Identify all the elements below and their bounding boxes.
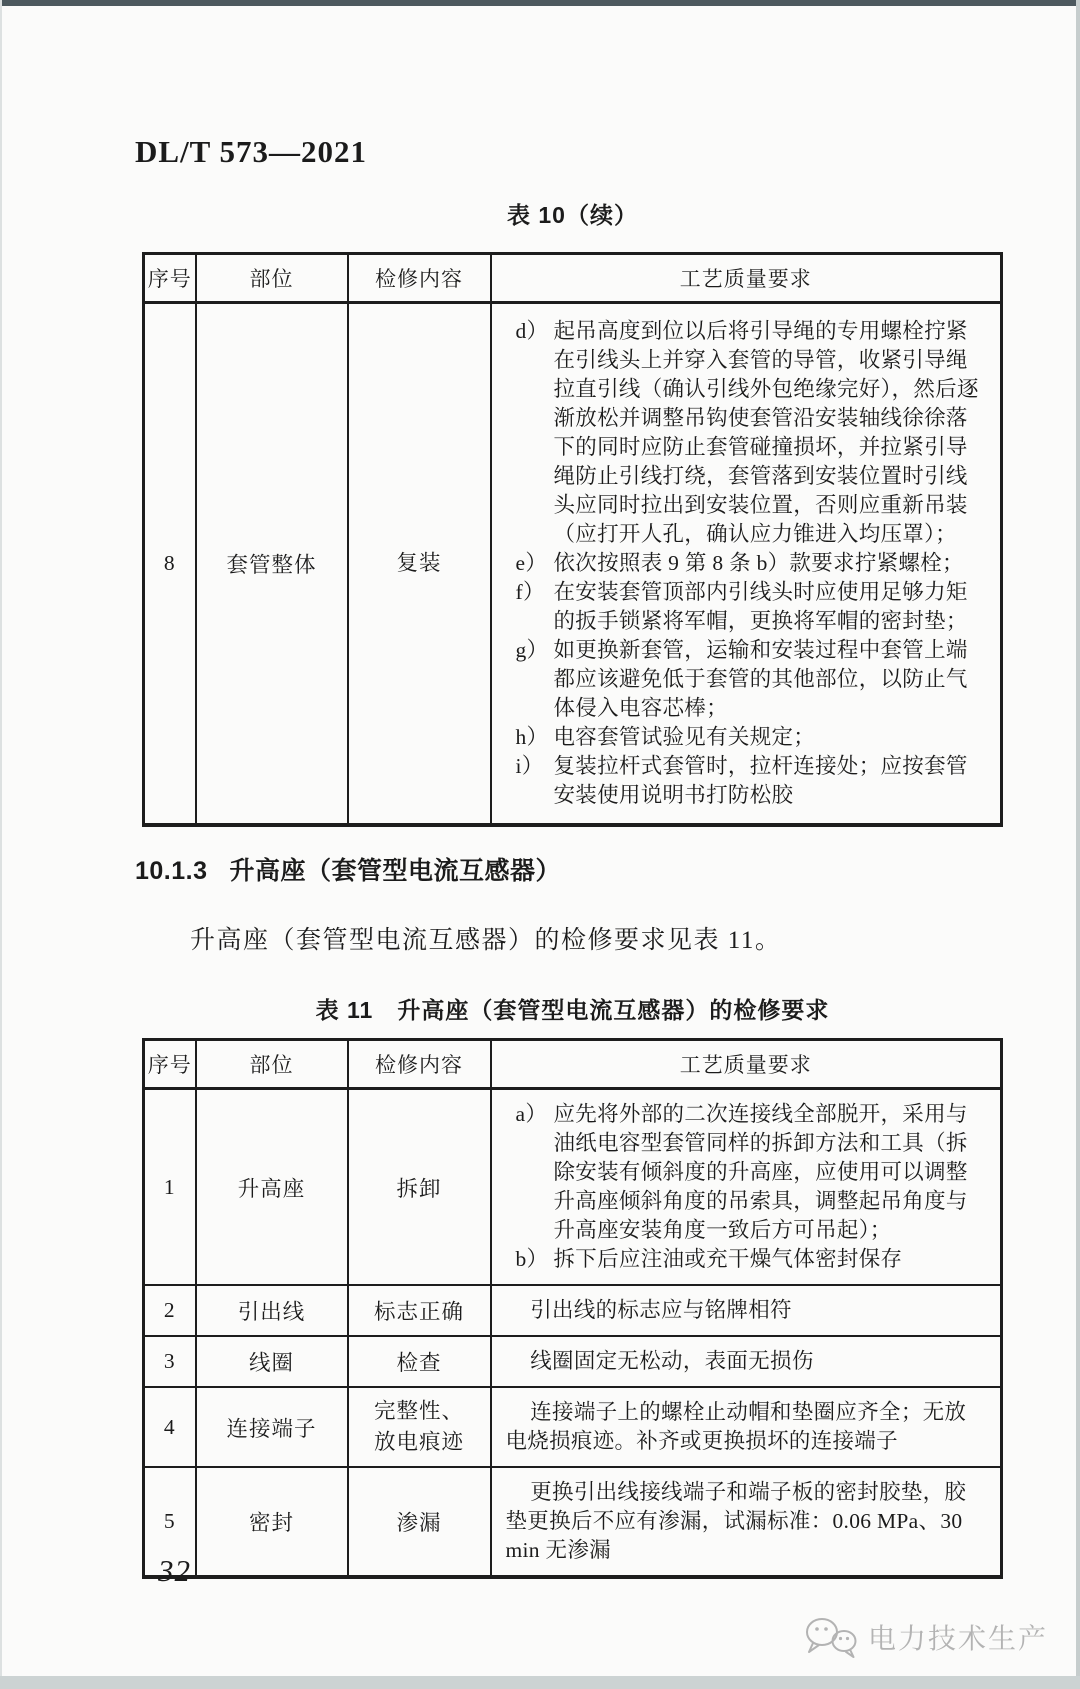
content-cell: 复装 [348, 303, 491, 825]
section-number: 10.1.3 [135, 857, 208, 885]
item-marker: b） [516, 1245, 554, 1274]
table10-caption: 表 10（续） [142, 197, 1003, 230]
item-text: 依次按照表 9 第 8 条 b）款要求拧紧螺栓； [554, 549, 981, 578]
col-header-content: 检修内容 [348, 254, 491, 303]
list-item: e）依次按照表 9 第 8 条 b）款要求拧紧螺栓； [500, 549, 981, 578]
section-heading: 10.1.3升高座（套管型电流互感器） [135, 851, 561, 887]
list-item: d）起吊高度到位以后将引导绳的专用螺栓拧紧在引线头上并穿入套管的导管，收紧引导绳… [500, 317, 981, 549]
col-header-part: 部位 [196, 254, 348, 303]
part-cell: 升高座 [196, 1089, 348, 1286]
content-cell: 完整性、 放电痕迹 [348, 1387, 491, 1467]
item-text: 在安装套管顶部内引线头时应使用足够力矩的扳手锁紧将军帽，更换将军帽的密封垫； [554, 578, 981, 636]
content-cell: 渗漏 [348, 1467, 491, 1577]
item-marker: a） [516, 1100, 554, 1245]
table11: 序号 部位 检修内容 工艺质量要求 1 升高座 拆卸 a）应先将外部的二次连接线… [142, 1038, 1003, 1579]
part-cell: 引出线 [196, 1285, 348, 1336]
section-title: 升高座（套管型电流互感器） [230, 857, 562, 885]
standard-number-header: DL/T 573—2021 [135, 134, 367, 170]
table-row: 3 线圈 检查 线圈固定无松动，表面无损伤 [144, 1336, 1002, 1387]
requirements-cell: 更换引出线接线端子和端子板的密封胶垫，胶垫更换后不应有渗漏，试漏标准：0.06 … [491, 1467, 1002, 1577]
table10-header-row: 序号 部位 检修内容 工艺质量要求 [144, 254, 1002, 303]
item-marker: i） [516, 752, 554, 810]
page-number: 32 [158, 1553, 191, 1589]
col-header-content: 检修内容 [348, 1040, 491, 1089]
requirement-text: 引出线的标志应与铭牌相符 [500, 1296, 981, 1325]
table11-header-row: 序号 部位 检修内容 工艺质量要求 [144, 1040, 1002, 1089]
requirement-text: 连接端子上的螺栓止动帽和垫圈应齐全；无放电烧损痕迹。补齐或更换损坏的连接端子 [500, 1398, 981, 1456]
table11-caption: 表 11 升高座（套管型电流互感器）的检修要求 [142, 992, 1003, 1025]
watermark: 电力技术生产 [802, 1614, 1048, 1660]
col-header-requirements: 工艺质量要求 [491, 254, 1002, 303]
part-cell: 密封 [196, 1467, 348, 1577]
col-header-seq: 序号 [144, 254, 196, 303]
list-item: g）如更换新套管，运输和安装过程中套管上端都应该避免低于套管的其他部位，以防止气… [500, 636, 981, 723]
content-cell: 检查 [348, 1336, 491, 1387]
seq-cell: 3 [144, 1336, 196, 1387]
requirement-text: 线圈固定无松动，表面无损伤 [500, 1347, 981, 1376]
item-text: 起吊高度到位以后将引导绳的专用螺栓拧紧在引线头上并穿入套管的导管，收紧引导绳拉直… [554, 317, 981, 549]
col-header-part: 部位 [196, 1040, 348, 1089]
watermark-label: 电力技术生产 [868, 1617, 1048, 1657]
item-text: 电容套管试验见有关规定； [554, 723, 981, 752]
item-marker: f） [516, 578, 554, 636]
table-row: 5 密封 渗漏 更换引出线接线端子和端子板的密封胶垫，胶垫更换后不应有渗漏，试漏… [144, 1467, 1002, 1577]
scan-right-edge [1076, 0, 1080, 1689]
item-text: 拆下后应注油或充干燥气体密封保存 [554, 1245, 981, 1274]
body-paragraph: 升高座（套管型电流互感器）的检修要求见表 11。 [190, 920, 1010, 956]
table-row: 1 升高座 拆卸 a）应先将外部的二次连接线全部脱开，采用与油纸电容型套管同样的… [144, 1089, 1002, 1286]
scan-bottom-edge [0, 1676, 1080, 1689]
seq-cell: 4 [144, 1387, 196, 1467]
scan-top-edge [0, 0, 1080, 6]
requirements-cell: a）应先将外部的二次连接线全部脱开，采用与油纸电容型套管同样的拆卸方法和工具（拆… [491, 1089, 1002, 1286]
list-item: f）在安装套管顶部内引线头时应使用足够力矩的扳手锁紧将军帽，更换将军帽的密封垫； [500, 578, 981, 636]
seq-cell: 1 [144, 1089, 196, 1286]
part-cell: 线圈 [196, 1336, 348, 1387]
requirement-text: 更换引出线接线端子和端子板的密封胶垫，胶垫更换后不应有渗漏，试漏标准：0.06 … [500, 1478, 981, 1565]
table-row: 2 引出线 标志正确 引出线的标志应与铭牌相符 [144, 1285, 1002, 1336]
seq-cell: 8 [144, 303, 196, 825]
requirements-cell: 引出线的标志应与铭牌相符 [491, 1285, 1002, 1336]
item-text: 如更换新套管，运输和安装过程中套管上端都应该避免低于套管的其他部位，以防止气体侵… [554, 636, 981, 723]
item-marker: d） [516, 317, 554, 549]
col-header-seq: 序号 [144, 1040, 196, 1089]
part-cell: 套管整体 [196, 303, 348, 825]
list-item: a）应先将外部的二次连接线全部脱开，采用与油纸电容型套管同样的拆卸方法和工具（拆… [500, 1100, 981, 1245]
content-cell: 标志正确 [348, 1285, 491, 1336]
item-marker: h） [516, 723, 554, 752]
table-row: 8 套管整体 复装 d）起吊高度到位以后将引导绳的专用螺栓拧紧在引线头上并穿入套… [144, 303, 1002, 825]
part-cell: 连接端子 [196, 1387, 348, 1467]
list-item: i）复装拉杆式套管时，拉杆连接处；应按套管安装使用说明书打防松胶 [500, 752, 981, 810]
item-text: 复装拉杆式套管时，拉杆连接处；应按套管安装使用说明书打防松胶 [554, 752, 981, 810]
content-cell: 拆卸 [348, 1089, 491, 1286]
requirements-cell: 线圈固定无松动，表面无损伤 [491, 1336, 1002, 1387]
item-marker: e） [516, 549, 554, 578]
requirements-cell: d）起吊高度到位以后将引导绳的专用螺栓拧紧在引线头上并穿入套管的导管，收紧引导绳… [491, 303, 1002, 825]
item-text: 应先将外部的二次连接线全部脱开，采用与油纸电容型套管同样的拆卸方法和工具（拆除安… [554, 1100, 981, 1245]
scan-left-edge [0, 0, 2, 1689]
list-item: b）拆下后应注油或充干燥气体密封保存 [500, 1245, 981, 1274]
list-item: h）电容套管试验见有关规定； [500, 723, 981, 752]
table-row: 4 连接端子 完整性、 放电痕迹 连接端子上的螺栓止动帽和垫圈应齐全；无放电烧损… [144, 1387, 1002, 1467]
col-header-requirements: 工艺质量要求 [491, 1040, 1002, 1089]
table10: 序号 部位 检修内容 工艺质量要求 8 套管整体 复装 d）起吊高度到位以后将引… [142, 252, 1003, 827]
seq-cell: 2 [144, 1285, 196, 1336]
item-marker: g） [516, 636, 554, 723]
wechat-icon [802, 1614, 860, 1660]
requirements-cell: 连接端子上的螺栓止动帽和垫圈应齐全；无放电烧损痕迹。补齐或更换损坏的连接端子 [491, 1387, 1002, 1467]
